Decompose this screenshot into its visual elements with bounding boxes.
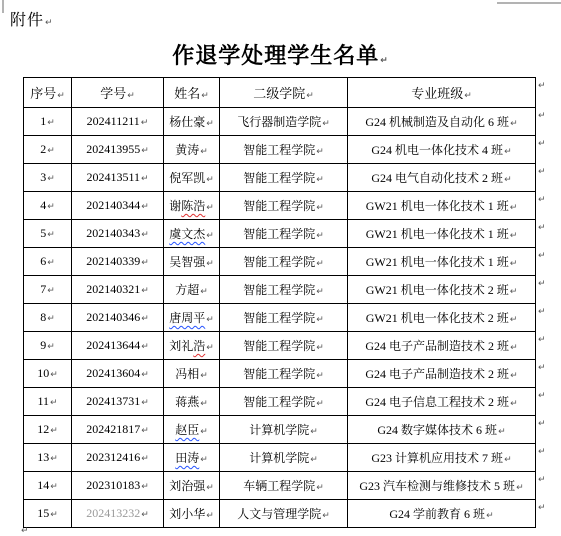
formatting-mark: ↵ xyxy=(538,139,546,149)
formatting-mark: ↵ xyxy=(200,455,208,465)
formatting-mark: ↵ xyxy=(316,175,324,185)
formatting-mark: ↵ xyxy=(310,455,318,465)
cell-serial[interactable]: 11↵ xyxy=(24,388,72,416)
cell-name[interactable]: 冯相↵ xyxy=(164,360,220,388)
row-end-mark-slot: ↵ xyxy=(537,443,559,471)
cell-serial[interactable]: 2↵ xyxy=(24,136,72,164)
major-class: G24 学前教育 6 班 xyxy=(389,507,485,521)
cell-name[interactable]: 赵臣↵ xyxy=(164,416,220,444)
formatting-mark: ↵ xyxy=(200,371,208,381)
cell-student-id[interactable]: 202413232↵ xyxy=(72,500,164,528)
cell-name[interactable]: 蒋燕↵ xyxy=(164,388,220,416)
student-name: 刘治强 xyxy=(169,479,205,493)
formatting-mark: ↵ xyxy=(141,398,149,408)
formatting-mark: ↵ xyxy=(206,259,214,269)
formatting-mark: ↵ xyxy=(141,118,149,128)
cell-class[interactable]: G24 电子产品制造技术 2 班↵ xyxy=(348,360,536,388)
student-name: 倪军凯 xyxy=(169,171,205,185)
table-row: 5↵202140343↵虞文杰↵智能工程学院↵GW21 机电一体化技术 1 班↵ xyxy=(24,220,536,248)
formatting-mark: ↵ xyxy=(47,146,55,156)
cell-college[interactable]: 智能工程学院↵ xyxy=(220,360,348,388)
student-id: 202140321 xyxy=(86,282,140,296)
college-name: 智能工程学院 xyxy=(243,171,315,185)
formatting-mark: ↵ xyxy=(206,315,214,325)
major-class: G23 汽车检测与维修技术 5 班 xyxy=(359,479,515,493)
major-class: G23 计算机应用技术 7 班 xyxy=(371,451,503,465)
formatting-mark: ↵ xyxy=(316,287,324,297)
formatting-mark: ↵ xyxy=(538,307,546,317)
serial-number: 12 xyxy=(37,422,49,436)
formatting-mark: ↵ xyxy=(510,119,518,129)
header-cell[interactable]: 二级学院↵ xyxy=(220,78,348,108)
college-name: 车辆工程学院 xyxy=(243,479,315,493)
formatting-mark: ↵ xyxy=(538,335,546,345)
table-row: 9↵202413644↵刘礼浩↵智能工程学院↵G24 电子产品制造技术 2 班↵ xyxy=(24,332,536,360)
formatting-mark: ↵ xyxy=(200,287,208,297)
cell-student-id[interactable]: 202312416↵ xyxy=(72,444,164,472)
header-label: 序号 xyxy=(30,86,56,101)
student-id: 202413955 xyxy=(86,142,140,156)
formatting-mark: ↵ xyxy=(57,91,65,101)
college-name: 智能工程学院 xyxy=(243,367,315,381)
row-end-mark-slot: ↵ xyxy=(537,107,559,135)
cell-name[interactable]: 黄涛↵ xyxy=(164,136,220,164)
formatting-mark: ↵ xyxy=(504,175,512,185)
cell-class[interactable]: GW21 机电一体化技术 2 班↵ xyxy=(348,276,536,304)
major-class: GW21 机电一体化技术 2 班 xyxy=(366,283,509,297)
cell-student-id[interactable]: 202411211↵ xyxy=(72,108,164,136)
row-end-marks: ↵↵↵↵↵↵↵↵↵↵↵↵↵↵↵↵ xyxy=(537,77,559,527)
formatting-mark: ↵ xyxy=(141,426,149,436)
formatting-mark: ↵ xyxy=(538,195,546,205)
formatting-mark: ↵ xyxy=(510,203,518,213)
cell-name[interactable]: 杨仕豪↵ xyxy=(164,108,220,136)
formatting-mark: ↵ xyxy=(538,447,546,457)
cell-class[interactable]: G24 学前教育 6 班↵ xyxy=(348,500,536,528)
formatting-mark: ↵ xyxy=(538,391,546,401)
student-name: 杨仕豪 xyxy=(169,115,205,129)
major-class: GW21 机电一体化技术 1 班 xyxy=(366,255,509,269)
student-id: 202140346 xyxy=(86,310,140,324)
college-name: 智能工程学院 xyxy=(243,339,315,353)
formatting-mark: ↵ xyxy=(200,147,208,157)
cell-name[interactable]: 倪军凯↵ xyxy=(164,164,220,192)
cell-serial[interactable]: 9↵ xyxy=(24,332,72,360)
cell-college[interactable]: 计算机学院↵ xyxy=(220,444,348,472)
college-name: 智能工程学院 xyxy=(243,311,315,325)
cell-class[interactable]: G23 汽车检测与维修技术 5 班↵ xyxy=(348,472,536,500)
header-cell[interactable]: 姓名↵ xyxy=(164,78,220,108)
student-name: 陈浩 xyxy=(181,199,205,213)
cell-college[interactable]: 计算机学院↵ xyxy=(220,416,348,444)
serial-number: 10 xyxy=(37,366,49,380)
row-end-mark-slot: ↵ xyxy=(537,135,559,163)
major-class: G24 机电一体化技术 4 班 xyxy=(371,143,503,157)
formatting-mark: ↵ xyxy=(50,426,58,436)
formatting-mark: ↵ xyxy=(538,111,546,121)
student-name: 刘礼 xyxy=(169,339,193,353)
serial-number: 6 xyxy=(40,254,46,268)
header-label: 专业班级 xyxy=(411,86,463,101)
student-name: 方超 xyxy=(175,283,199,297)
formatting-mark: ↵ xyxy=(322,511,330,521)
formatting-mark: ↵ xyxy=(50,454,58,464)
formatting-mark: ↵ xyxy=(322,119,330,129)
cell-serial[interactable]: 1↵ xyxy=(24,108,72,136)
serial-number: 9 xyxy=(40,338,46,352)
student-name: 赵臣 xyxy=(175,423,199,437)
serial-number: 7 xyxy=(40,282,46,296)
table-row: 14↵202310183↵刘治强↵车辆工程学院↵G23 汽车检测与维修技术 5 … xyxy=(24,472,536,500)
table-row: 8↵202140346↵唐周平↵智能工程学院↵GW21 机电一体化技术 2 班↵ xyxy=(24,304,536,332)
serial-number: 15 xyxy=(37,506,49,520)
cell-class[interactable]: GW21 机电一体化技术 1 班↵ xyxy=(348,192,536,220)
table-row: 15↵202413232↵刘小华↵人文与管理学院↵G24 学前教育 6 班↵ xyxy=(24,500,536,528)
header-label: 学号 xyxy=(100,86,126,101)
formatting-mark: ↵ xyxy=(206,203,214,213)
serial-number: 4 xyxy=(40,198,46,212)
college-name: 智能工程学院 xyxy=(243,143,315,157)
header-cell[interactable]: 专业班级↵ xyxy=(348,78,536,108)
formatting-mark: ↵ xyxy=(538,279,546,289)
college-name: 智能工程学院 xyxy=(243,395,315,409)
serial-number: 13 xyxy=(37,450,49,464)
major-class: G24 数字媒体技术 6 班 xyxy=(377,423,497,437)
cell-college[interactable]: 智能工程学院↵ xyxy=(220,276,348,304)
formatting-mark: ↵ xyxy=(141,370,149,380)
formatting-mark: ↵ xyxy=(141,510,149,520)
serial-number: 8 xyxy=(40,310,46,324)
formatting-mark: ↵ xyxy=(310,427,318,437)
student-id: 202140343 xyxy=(86,226,140,240)
cell-serial[interactable]: 3↵ xyxy=(24,164,72,192)
cell-serial[interactable]: 7↵ xyxy=(24,276,72,304)
formatting-mark: ↵ xyxy=(510,259,518,269)
student-id: 202413604 xyxy=(86,366,140,380)
formatting-mark: ↵ xyxy=(538,503,546,513)
row-end-mark-slot: ↵ xyxy=(537,219,559,247)
formatting-mark: ↵ xyxy=(47,286,55,296)
formatting-mark: ↵ xyxy=(510,287,518,297)
cell-student-id[interactable]: 202140346↵ xyxy=(72,304,164,332)
cell-class[interactable]: G24 电子产品制造技术 2 班↵ xyxy=(348,332,536,360)
formatting-mark: ↵ xyxy=(206,483,214,493)
formatting-mark: ↵ xyxy=(538,419,546,429)
table-row: 6↵202140339↵吴智强↵智能工程学院↵GW21 机电一体化技术 1 班↵ xyxy=(24,248,536,276)
cell-serial[interactable]: 13↵ xyxy=(24,444,72,472)
student-name: 虞文杰 xyxy=(169,227,205,241)
table-row: 7↵202140321↵方超↵智能工程学院↵GW21 机电一体化技术 2 班↵ xyxy=(24,276,536,304)
formatting-mark: ↵ xyxy=(47,202,55,212)
table-row: 2↵202413955↵黄涛↵智能工程学院↵G24 机电一体化技术 4 班↵ xyxy=(24,136,536,164)
major-class: GW21 机电一体化技术 1 班 xyxy=(366,199,509,213)
cell-name[interactable]: 方超↵ xyxy=(164,276,220,304)
formatting-mark: ↵ xyxy=(141,258,149,268)
formatting-mark: ↵ xyxy=(486,511,494,521)
formatting-mark: ↵ xyxy=(538,251,546,261)
formatting-mark: ↵ xyxy=(316,343,324,353)
formatting-mark: ↵ xyxy=(464,91,472,101)
college-name: 计算机学院 xyxy=(249,451,309,465)
formatting-mark: ↵ xyxy=(538,223,546,233)
cell-student-id[interactable]: 202140343↵ xyxy=(72,220,164,248)
table-row: 12↵202421817↵赵臣↵计算机学院↵G24 数字媒体技术 6 班↵ xyxy=(24,416,536,444)
formatting-mark: ↵ xyxy=(47,174,55,184)
header-label: 姓名 xyxy=(174,86,200,101)
student-name: 谢 xyxy=(169,199,181,213)
cell-class[interactable]: G24 电子信息工程技术 2 班↵ xyxy=(348,388,536,416)
formatting-mark: ↵ xyxy=(47,230,55,240)
header-cell[interactable]: 序号↵ xyxy=(24,78,72,108)
major-class: GW21 机电一体化技术 1 班 xyxy=(366,227,509,241)
cell-serial[interactable]: 15↵ xyxy=(24,500,72,528)
cell-student-id[interactable]: 202413644↵ xyxy=(72,332,164,360)
table-row: 3↵202413511↵倪军凯↵智能工程学院↵G24 电气自动化技术 2 班↵ xyxy=(24,164,536,192)
formatting-mark: ↵ xyxy=(50,510,58,520)
formatting-mark: ↵ xyxy=(47,118,55,128)
formatting-mark: ↵ xyxy=(141,314,149,324)
formatting-mark: ↵ xyxy=(141,342,149,352)
serial-number: 3 xyxy=(40,170,46,184)
doc-title-text: 作退学处理学生名单 xyxy=(172,43,379,68)
formatting-mark: ↵ xyxy=(45,18,54,28)
formatting-mark: ↵ xyxy=(316,147,324,157)
major-class: G24 电气自动化技术 2 班 xyxy=(371,171,503,185)
serial-number: 1 xyxy=(40,114,46,128)
student-id: 202421817 xyxy=(86,422,140,436)
cell-name[interactable]: 唐周平↵ xyxy=(164,304,220,332)
cell-serial[interactable]: 5↵ xyxy=(24,220,72,248)
formatting-mark: ↵ xyxy=(510,371,518,381)
student-id: 202312416 xyxy=(86,450,140,464)
formatting-mark: ↵ xyxy=(47,314,55,324)
formatting-mark: ↵ xyxy=(510,399,518,409)
student-table: 序号↵学号↵姓名↵二级学院↵专业班级↵ 1↵202411211↵杨仕豪↵飞行器制… xyxy=(23,77,536,528)
cell-college[interactable]: 智能工程学院↵ xyxy=(220,304,348,332)
cell-name[interactable]: 田涛↵ xyxy=(164,444,220,472)
student-id: 202413644 xyxy=(86,338,140,352)
cell-class[interactable]: G24 电气自动化技术 2 班↵ xyxy=(348,164,536,192)
cell-name[interactable]: 刘小华↵ xyxy=(164,500,220,528)
cell-college[interactable]: 人文与管理学院↵ xyxy=(220,500,348,528)
table-row: 13↵202312416↵田涛↵计算机学院↵G23 计算机应用技术 7 班↵ xyxy=(24,444,536,472)
formatting-mark: ↵ xyxy=(538,363,546,373)
formatting-mark: ↵ xyxy=(50,398,58,408)
college-name: 智能工程学院 xyxy=(243,227,315,241)
formatting-mark: ↵ xyxy=(206,511,214,521)
formatting-mark: ↵ xyxy=(200,399,208,409)
student-name: 田涛 xyxy=(175,451,199,465)
row-end-mark-slot: ↵ xyxy=(537,359,559,387)
formatting-mark: ↵ xyxy=(141,174,149,184)
cell-student-id[interactable]: 202140321↵ xyxy=(72,276,164,304)
cell-class[interactable]: G24 机电一体化技术 4 班↵ xyxy=(348,136,536,164)
cell-student-id[interactable]: 202140339↵ xyxy=(72,248,164,276)
formatting-mark: ↵ xyxy=(538,475,546,485)
college-name: 智能工程学院 xyxy=(243,255,315,269)
cell-serial[interactable]: 4↵ xyxy=(24,192,72,220)
paragraph-mark-below-table: ↵ xyxy=(21,526,29,536)
student-id: 202310183 xyxy=(86,478,140,492)
formatting-mark: ↵ xyxy=(47,258,55,268)
formatting-mark: ↵ xyxy=(510,231,518,241)
student-name: 蒋燕 xyxy=(175,395,199,409)
serial-number: 5 xyxy=(40,226,46,240)
college-name: 人文与管理学院 xyxy=(237,507,321,521)
cell-class[interactable]: G23 计算机应用技术 7 班↵ xyxy=(348,444,536,472)
formatting-mark: ↵ xyxy=(380,56,389,66)
formatting-mark: ↵ xyxy=(504,455,512,465)
formatting-mark: ↵ xyxy=(316,399,324,409)
page-crop-mark-top-right xyxy=(497,2,561,4)
formatting-mark: ↵ xyxy=(201,91,209,101)
college-name: 计算机学院 xyxy=(249,423,309,437)
cell-college[interactable]: 智能工程学院↵ xyxy=(220,220,348,248)
cell-name[interactable]: 刘治强↵ xyxy=(164,472,220,500)
row-end-mark-slot: ↵ xyxy=(537,471,559,499)
student-id: 202413731 xyxy=(86,394,140,408)
formatting-mark: ↵ xyxy=(206,231,214,241)
cell-college[interactable]: 飞行器制造学院↵ xyxy=(220,108,348,136)
header-label: 二级学院 xyxy=(253,86,305,101)
cell-student-id[interactable]: 202413511↵ xyxy=(72,164,164,192)
formatting-mark: ↵ xyxy=(316,483,324,493)
row-end-mark-slot: ↵ xyxy=(537,499,559,527)
cell-student-id[interactable]: 202310183↵ xyxy=(72,472,164,500)
cell-class[interactable]: G24 机械制造及自动化 6 班↵ xyxy=(348,108,536,136)
cell-college[interactable]: 车辆工程学院↵ xyxy=(220,472,348,500)
row-end-mark-slot: ↵ xyxy=(537,163,559,191)
formatting-mark: ↵ xyxy=(141,482,149,492)
row-end-mark-slot: ↵ xyxy=(537,191,559,219)
serial-number: 14 xyxy=(37,478,49,492)
cell-name[interactable]: 谢陈浩↵ xyxy=(164,192,220,220)
formatting-mark: ↵ xyxy=(206,175,214,185)
cell-college[interactable]: 智能工程学院↵ xyxy=(220,164,348,192)
formatting-mark: ↵ xyxy=(127,91,135,101)
major-class: G24 电子产品制造技术 2 班 xyxy=(365,339,509,353)
serial-number: 11 xyxy=(37,394,49,408)
cell-student-id[interactable]: 202140344↵ xyxy=(72,192,164,220)
row-end-mark-slot: ↵ xyxy=(537,303,559,331)
row-end-mark-slot: ↵ xyxy=(537,387,559,415)
formatting-mark: ↵ xyxy=(316,259,324,269)
college-name: 飞行器制造学院 xyxy=(237,115,321,129)
student-id: 202411211 xyxy=(87,114,140,128)
cell-name[interactable]: 刘礼浩↵ xyxy=(164,332,220,360)
cell-college[interactable]: 智能工程学院↵ xyxy=(220,136,348,164)
student-id: 202413511 xyxy=(86,170,140,184)
formatting-mark: ↵ xyxy=(504,147,512,157)
formatting-mark: ↵ xyxy=(141,454,149,464)
student-name: 唐周平 xyxy=(169,311,205,325)
page-crop-mark-top-left xyxy=(2,0,4,13)
row-end-mark-slot: ↵ xyxy=(537,247,559,275)
student-name: 吴智强 xyxy=(169,255,205,269)
document-page: 附件↵ 作退学处理学生名单↵ 序号↵学号↵姓名↵二级学院↵专业班级↵ 1↵202… xyxy=(0,0,561,536)
cell-student-id[interactable]: 202413731↵ xyxy=(72,388,164,416)
cell-class[interactable]: GW21 机电一体化技术 1 班↵ xyxy=(348,220,536,248)
formatting-mark: ↵ xyxy=(538,167,546,177)
cell-student-id[interactable]: 202413955↵ xyxy=(72,136,164,164)
student-id: 202413232 xyxy=(86,506,140,520)
formatting-mark: ↵ xyxy=(50,370,58,380)
formatting-mark: ↵ xyxy=(516,483,524,493)
header-row: 序号↵学号↵姓名↵二级学院↵专业班级↵ xyxy=(24,78,536,108)
cell-college[interactable]: 智能工程学院↵ xyxy=(220,332,348,360)
student-name: 浩 xyxy=(193,339,205,353)
major-class: GW21 机电一体化技术 2 班 xyxy=(366,311,509,325)
serial-number: 2 xyxy=(40,142,46,156)
formatting-mark: ↵ xyxy=(141,286,149,296)
student-name: 刘小华 xyxy=(169,507,205,521)
cell-name[interactable]: 虞文杰↵ xyxy=(164,220,220,248)
cell-serial[interactable]: 12↵ xyxy=(24,416,72,444)
student-name: 冯相 xyxy=(175,367,199,381)
formatting-mark: ↵ xyxy=(316,203,324,213)
student-id: 202140344 xyxy=(86,198,140,212)
formatting-mark: ↵ xyxy=(316,371,324,381)
header-cell[interactable]: 学号↵ xyxy=(72,78,164,108)
formatting-mark: ↵ xyxy=(141,230,149,240)
formatting-mark: ↵ xyxy=(510,343,518,353)
cell-serial[interactable]: 8↵ xyxy=(24,304,72,332)
table-row: 1↵202411211↵杨仕豪↵飞行器制造学院↵G24 机械制造及自动化 6 班… xyxy=(24,108,536,136)
cell-serial[interactable]: 14↵ xyxy=(24,472,72,500)
row-end-mark-slot: ↵ xyxy=(537,415,559,443)
cell-name[interactable]: 吴智强↵ xyxy=(164,248,220,276)
cell-class[interactable]: GW21 机电一体化技术 1 班↵ xyxy=(348,248,536,276)
cell-serial[interactable]: 6↵ xyxy=(24,248,72,276)
cell-class[interactable]: GW21 机电一体化技术 2 班↵ xyxy=(348,304,536,332)
cell-college[interactable]: 智能工程学院↵ xyxy=(220,192,348,220)
formatting-mark: ↵ xyxy=(50,482,58,492)
row-end-mark-slot: ↵ xyxy=(537,331,559,359)
formatting-mark: ↵ xyxy=(498,427,506,437)
formatting-mark: ↵ xyxy=(141,146,149,156)
cell-serial[interactable]: 10↵ xyxy=(24,360,72,388)
table-row: 4↵202140344↵谢陈浩↵智能工程学院↵GW21 机电一体化技术 1 班↵ xyxy=(24,192,536,220)
student-id: 202140339 xyxy=(86,254,140,268)
row-end-mark-slot: ↵ xyxy=(537,77,559,107)
formatting-mark: ↵ xyxy=(200,427,208,437)
formatting-mark: ↵ xyxy=(538,81,546,91)
cell-college[interactable]: 智能工程学院↵ xyxy=(220,248,348,276)
row-end-mark-slot: ↵ xyxy=(537,275,559,303)
cell-student-id[interactable]: 202421817↵ xyxy=(72,416,164,444)
doc-title[interactable]: 作退学处理学生名单↵ xyxy=(0,39,561,70)
table-row: 11↵202413731↵蒋燕↵智能工程学院↵G24 电子信息工程技术 2 班↵ xyxy=(24,388,536,416)
formatting-mark: ↵ xyxy=(47,342,55,352)
college-name: 智能工程学院 xyxy=(243,199,315,213)
student-name: 黄涛 xyxy=(175,143,199,157)
attachment-label[interactable]: 附件↵ xyxy=(10,7,54,30)
attachment-text: 附件 xyxy=(10,12,44,29)
formatting-mark: ↵ xyxy=(141,202,149,212)
formatting-mark: ↵ xyxy=(316,315,324,325)
formatting-mark: ↵ xyxy=(306,91,314,101)
college-name: 智能工程学院 xyxy=(243,283,315,297)
formatting-mark: ↵ xyxy=(316,231,324,241)
cell-class[interactable]: G24 数字媒体技术 6 班↵ xyxy=(348,416,536,444)
cell-college[interactable]: 智能工程学院↵ xyxy=(220,388,348,416)
cell-student-id[interactable]: 202413604↵ xyxy=(72,360,164,388)
table-row: 10↵202413604↵冯相↵智能工程学院↵G24 电子产品制造技术 2 班↵ xyxy=(24,360,536,388)
formatting-mark: ↵ xyxy=(206,119,214,129)
major-class: G24 电子产品制造技术 2 班 xyxy=(365,367,509,381)
major-class: G24 机械制造及自动化 6 班 xyxy=(365,115,509,129)
major-class: G24 电子信息工程技术 2 班 xyxy=(365,395,509,409)
